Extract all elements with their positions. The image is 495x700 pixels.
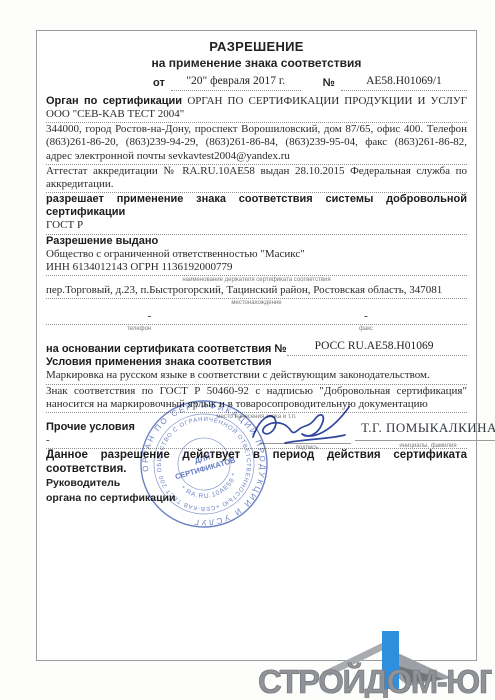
certification-system-value: ГОСТ Р [46, 219, 467, 234]
name-caption: инициалы, фамилия [355, 443, 495, 449]
doc-subtitle: на применение знака соответствия [46, 56, 467, 70]
org-address: 344000, город Ростов-на-Дону, проспект В… [46, 123, 467, 165]
stroydom-yug-logo: СТРОЙДОМ-ЮГ [256, 626, 492, 698]
basis-label: на основании сертификата соответствия № [46, 343, 287, 356]
issued-to-label: Разрешение выдано [46, 235, 467, 248]
org-label: Орган по сертификации [46, 95, 182, 107]
basis-row: на основании сертификата соответствия № … [46, 340, 467, 356]
permit-number-value: АЕ58.Н01069/1 [341, 75, 467, 91]
scanned-certificate-page: { "doc": { "title": "РАЗРЕШЕНИЕ", "subti… [0, 0, 495, 700]
certification-body-line: Орган по сертификации ОРГАН ПО СЕРТИФИКА… [46, 95, 467, 123]
holder-ids: ИНН 6134012143 ОГРН 1136192000779 [46, 261, 467, 276]
fax-value: - [345, 310, 387, 323]
phone-fax-captions: телефон факс [46, 326, 467, 333]
accreditation-line: Аттестат аккредитации № RA.RU.10AE58 выд… [46, 165, 467, 193]
certificate-frame: РАЗРЕШЕНИЕ на применение знака соответст… [36, 30, 477, 661]
from-label: от [153, 77, 165, 90]
handwritten-signature [245, 399, 365, 454]
doc-title: РАЗРЕШЕНИЕ [46, 39, 467, 55]
conditions-label: Условия применения знака соответствия [46, 356, 467, 369]
date-number-row: от "20" февраля 2017 г. № АЕ58.Н01069/1 [46, 75, 467, 91]
number-label: № [323, 77, 335, 90]
address-caption: местонахождение [46, 300, 467, 307]
phone-caption: телефон [46, 326, 151, 333]
basis-certificate-number: РОСС RU.АЕ58.Н01069 [287, 340, 467, 356]
conditions-line1: Маркировка на русском языке в соответств… [46, 369, 467, 384]
logo-text: СТРОЙДОМ-ЮГ [258, 662, 492, 698]
holder-address: пер.Торговый, д.23, п.Быстрогорский, Тац… [46, 284, 467, 299]
permits-line: разрешает применение знака соответствия … [46, 193, 467, 219]
holder-name: Общество с ограниченной ответственностью… [46, 248, 467, 261]
issue-date-value: "20" февраля 2017 г. [171, 75, 301, 91]
head-name: Т.Г. ПОМЫКАЛКИНА [359, 420, 495, 436]
phone-value: - [46, 310, 151, 323]
phone-fax-row: - - [46, 310, 467, 325]
name-line [355, 440, 495, 441]
holder-caption: наименование держателя сертификата соотв… [46, 277, 467, 284]
fax-caption: факс [345, 326, 387, 333]
